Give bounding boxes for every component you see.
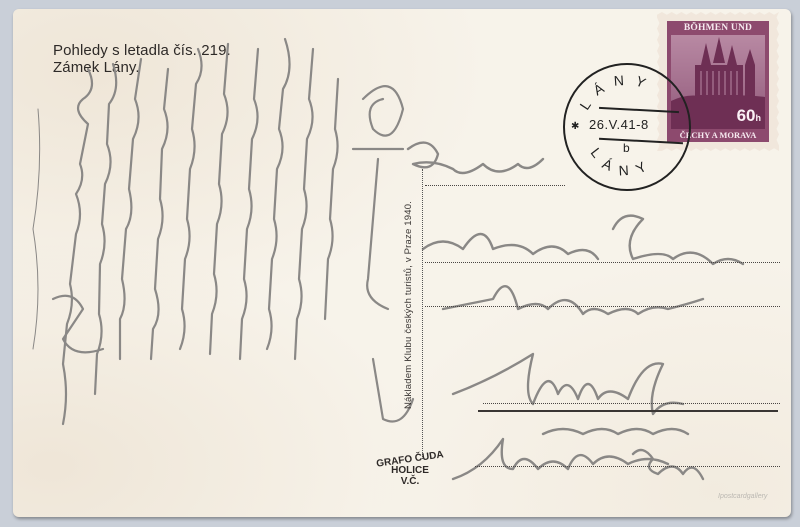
postmark-star-icon: ✱	[571, 121, 579, 132]
stamp-country-de: BÖHMEN UND MÄHREN	[667, 21, 769, 35]
address-line-5	[475, 466, 780, 467]
address-line-2	[425, 262, 780, 263]
address-line-1	[425, 185, 565, 186]
address-underline	[478, 410, 778, 412]
printer-suffix: V.Č.	[401, 476, 420, 487]
caption-line-2: Zámek Lány.	[53, 59, 231, 76]
postcard-caption: Pohledy s letadla čís. 219. Zámek Lány.	[53, 42, 231, 76]
stamp-denomination: 60h	[737, 106, 761, 126]
publisher-imprint: Nákladem Klubu českých turistů, v Praze …	[403, 159, 415, 409]
printer-mark: GRAFO ČUDA HOLICE V.Č.	[370, 454, 450, 487]
postmark-letter: b	[623, 141, 630, 155]
address-divider	[422, 169, 423, 459]
postmark-date: 26.V.41-8	[589, 117, 649, 132]
postcard-back: Pohledy s letadla čís. 219. Zámek Lány.	[13, 9, 791, 517]
stamp-value-unit: h	[756, 113, 762, 123]
gallery-watermark: Ipostcardgallery	[718, 493, 767, 500]
postmark-cancellation: LÁNY LÁNY ✱ 26.V.41-8 b	[563, 63, 691, 191]
svg-text:LÁNY: LÁNY	[576, 71, 657, 112]
address-line-3	[425, 306, 780, 307]
address-line-4	[483, 403, 780, 404]
stamp-value-number: 60	[737, 106, 756, 125]
caption-line-1: Pohledy s letadla čís. 219.	[53, 42, 231, 59]
